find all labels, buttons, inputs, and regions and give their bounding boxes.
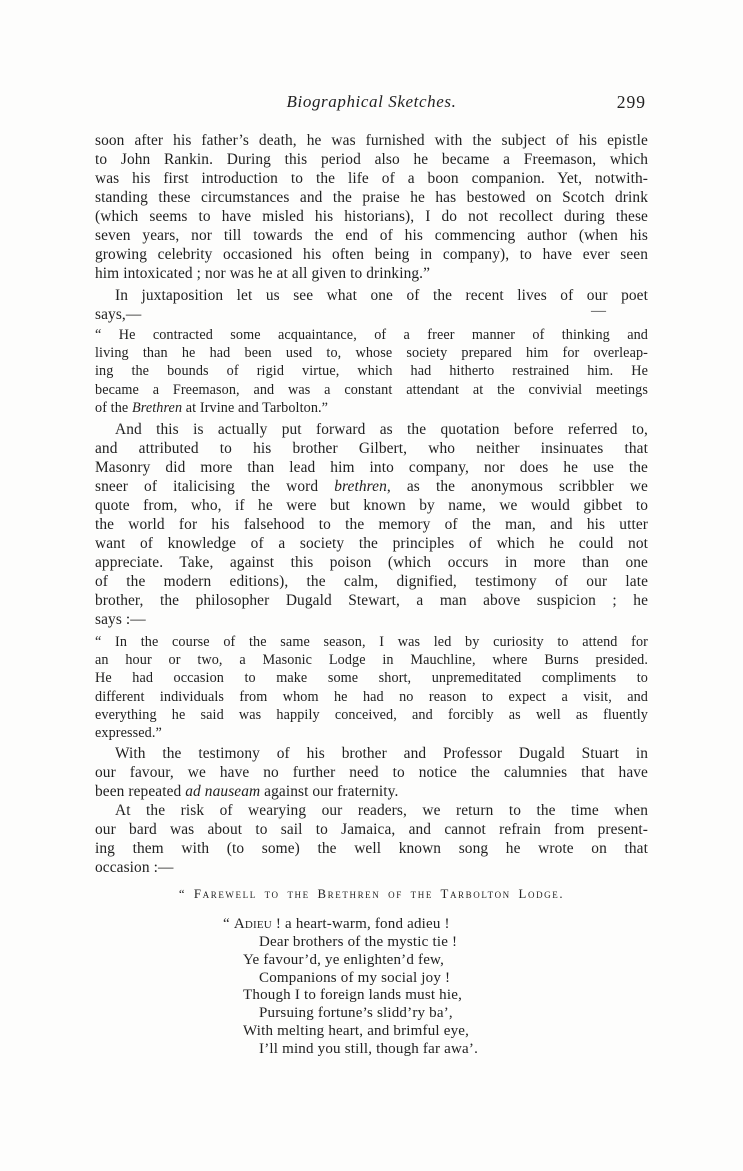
text-line: Pursuing fortune’s slidd’ry ba’,	[259, 1005, 648, 1023]
testimony-paragraph: With the testimony of his brother and Pr…	[95, 744, 648, 801]
text-line: him intoxicated ; nor was he at all give…	[95, 264, 648, 283]
gilbert-quote-paragraph: “ He contracted some acquaintance, of a …	[95, 326, 648, 417]
text-line: an hour or two, a Masonic Lodge in Mauch…	[95, 651, 648, 669]
text-line: Ye favour’d, ye enlighten’d few,	[243, 952, 648, 970]
song-title: “ Farewell to the Brethren of the Tarbol…	[95, 887, 648, 902]
text-line: been repeated ad nauseam against our fra…	[95, 782, 648, 801]
text-line: Companions of my social joy !	[259, 970, 648, 988]
text-line: says,—	[95, 305, 648, 324]
text-line: want of knowledge of a society the princ…	[95, 534, 648, 553]
opening-paragraph: soon after his father’s death, he was fu…	[95, 131, 648, 283]
text-line: I’ll mind you still, though far awa’.	[259, 1041, 648, 1059]
text-line: brother, the philosopher Dugald Stewart,…	[95, 591, 648, 610]
text-line: With melting heart, and brimful eye,	[243, 1023, 648, 1041]
text-line: was his first introduction to the life o…	[95, 169, 648, 188]
text-line: appreciate. Take, against this poison (w…	[95, 553, 648, 572]
text-line: And this is actually put forward as the …	[95, 420, 648, 439]
text-line: and attributed to his brother Gilbert, w…	[95, 439, 648, 458]
page-number: 299	[617, 92, 646, 113]
text-line: sneer of italicising the word brethren, …	[95, 477, 648, 496]
text-line: to John Rankin. During this period also …	[95, 150, 648, 169]
text-line: Dear brothers of the mystic tie !	[259, 934, 648, 952]
text-line: Masonry did more than lead him into comp…	[95, 458, 648, 477]
jamaica-paragraph: At the risk of wearying our readers, we …	[95, 801, 648, 877]
text-line: Though I to foreign lands must hie,	[243, 987, 648, 1005]
text-line: standing these circumstances and the pra…	[95, 188, 648, 207]
text-line: “ Farewell to the Brethren of the Tarbol…	[95, 887, 648, 902]
text-line: our favour, we have no further need to n…	[95, 763, 648, 782]
text-line: everything he said was happily conceived…	[95, 706, 648, 724]
text-line: “ He contracted some acquaintance, of a …	[95, 326, 648, 344]
song-verse: “ Adieu ! a heart-warm, fond adieu !Dear…	[243, 916, 648, 1058]
text-line: quote from, who, if he were but known by…	[95, 496, 648, 515]
running-header: Biographical Sketches. 299	[95, 92, 648, 114]
page-header-title: Biographical Sketches.	[95, 92, 648, 112]
text-line: (which seems to have misled his historia…	[95, 207, 648, 226]
text-line: seven years, nor till towards the end of…	[95, 226, 648, 245]
text-line: In juxtaposition let us see what one of …	[95, 286, 648, 305]
book-page: Biographical Sketches. 299 — soon after …	[0, 0, 743, 1171]
text-line: our bard was about to sail to Jamaica, a…	[95, 820, 648, 839]
text-line: soon after his father’s death, he was fu…	[95, 131, 648, 150]
text-line: With the testimony of his brother and Pr…	[95, 744, 648, 763]
text-line: the world for his falsehood to the memor…	[95, 515, 648, 534]
text-line: growing celebrity occasioned his often b…	[95, 245, 648, 264]
text-line: of the modern editions), the calm, digni…	[95, 572, 648, 591]
page-content: soon after his father’s death, he was fu…	[95, 131, 648, 1059]
text-line: “ In the course of the same season, I wa…	[95, 633, 648, 651]
stewart-quote-paragraph: “ In the course of the same season, I wa…	[95, 633, 648, 742]
text-line: ing the bounds of rigid virtue, which ha…	[95, 362, 648, 380]
text-line: expressed.”	[95, 724, 648, 742]
text-line: He had occasion to make some short, unpr…	[95, 669, 648, 687]
text-line: At the risk of wearying our readers, we …	[95, 801, 648, 820]
text-line: became a Freemason, and was a constant a…	[95, 381, 648, 399]
text-line: different individuals from whom he had n…	[95, 688, 648, 706]
commentary-paragraph: And this is actually put forward as the …	[95, 420, 648, 629]
text-line: ing them with (to some) the well known s…	[95, 839, 648, 858]
juxtaposition-paragraph: In juxtaposition let us see what one of …	[95, 286, 648, 324]
text-line: of the Brethren at Irvine and Tarbolton.…	[95, 399, 648, 417]
text-line: living than he had been used to, whose s…	[95, 344, 648, 362]
text-line: says :—	[95, 610, 648, 629]
text-line: occasion :—	[95, 858, 648, 877]
text-line: “ Adieu ! a heart-warm, fond adieu !	[223, 916, 648, 934]
